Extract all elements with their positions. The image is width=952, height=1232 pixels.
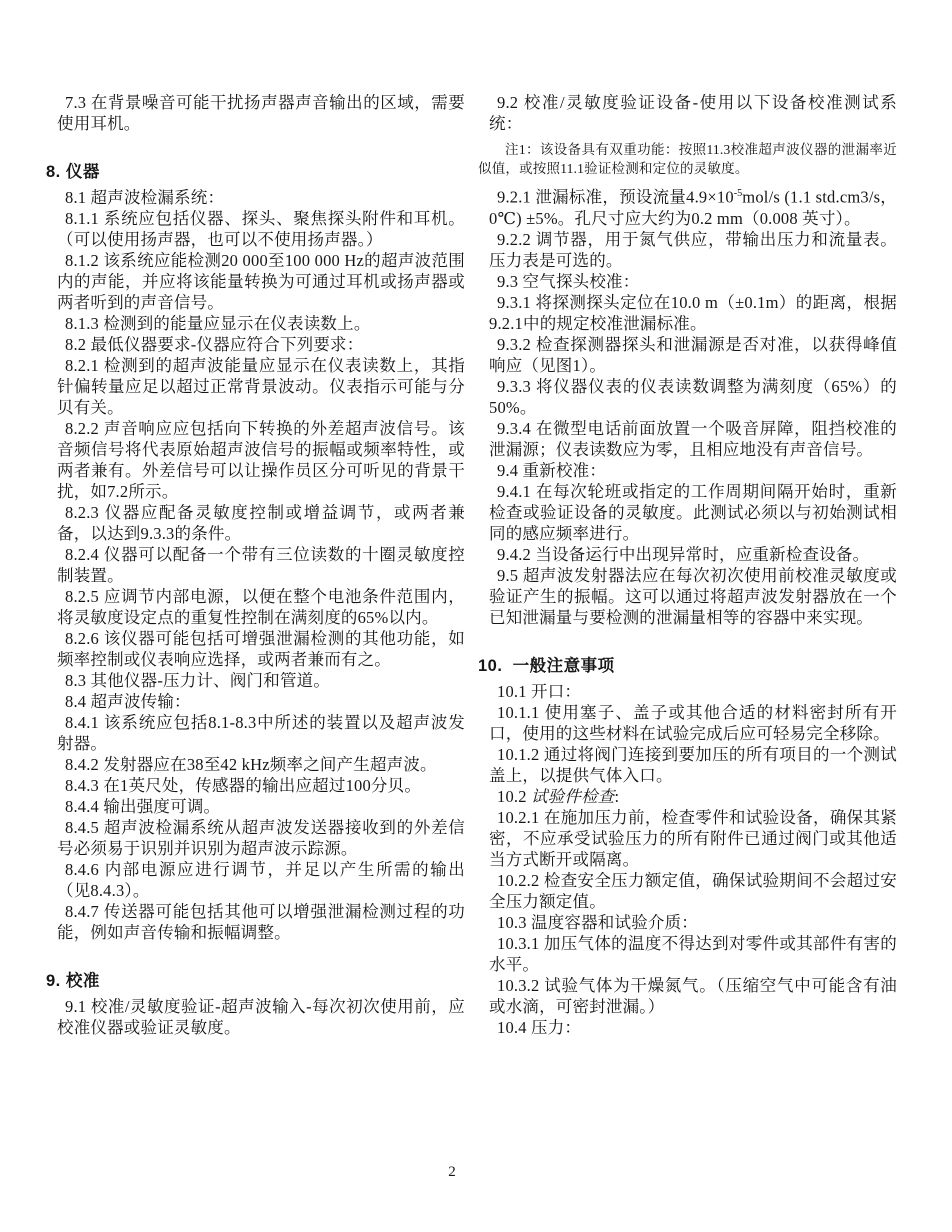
paragraph: 8.2 最低仪器要求-仪器应符合下列要求： [57, 334, 465, 355]
document-page: 7.3 在背景噪音可能干扰扬声器声音输出的区域，需要使用耳机。8. 仪器8.1 … [0, 0, 952, 1232]
paragraph: 9.3 空气探头校准： [489, 271, 897, 292]
paragraph: 8.1.2 该系统应能检测20 000至100 000 Hz的超声波范围内的声能… [57, 250, 465, 313]
paragraph: 10.3.1 加压气体的温度不得达到对零件或其部件有害的水平。 [489, 933, 897, 975]
note-paragraph: 注1：该设备具有双重功能：按照11.3校准超声波仪器的泄漏率近似值，或按照11.… [478, 140, 897, 178]
paragraph: 8.1 超声波检漏系统： [57, 187, 465, 208]
paragraph: 10.1.1 使用塞子、盖子或其他合适的材料密封所有开口，使用的这些材料在试验完… [489, 702, 897, 744]
paragraph: 8.2.5 应调节内部电源，以便在整个电池条件范围内，将灵敏度设定点的重复性控制… [57, 586, 465, 628]
paragraph: 10.1.2 通过将阀门连接到要加压的所有项目的一个测试盖上，以提供气体入口。 [489, 744, 897, 786]
paragraph: 9.2.2 调节器，用于氮气供应，带输出压力和流量表。压力表是可选的。 [489, 229, 897, 271]
paragraph: 9.3.3 将仪器仪表的仪表读数调整为满刻度（65%）的50%。 [489, 376, 897, 418]
paragraph: 8.2.6 该仪器可能包括可增强泄漏检测的其他功能，如频率控制或仪表响应选择，或… [57, 628, 465, 670]
paragraph: 8.4.5 超声波检漏系统从超声波发送器接收到的外差信号必须易于识别并识别为超声… [57, 817, 465, 859]
paragraph: 9.3.2 检查探测器探头和泄漏源是否对准，以获得峰值响应（见图1）。 [489, 334, 897, 376]
text-run: 10.2 [497, 787, 531, 806]
paragraph: 8.3 其他仪器-压力计、阀门和管道。 [57, 670, 465, 691]
paragraph: 9.5 超声波发射器法应在每次初次使用前校准灵敏度或验证产生的振幅。这可以通过将… [489, 565, 897, 628]
paragraph: 8.4.7 传送器可能包括其他可以增强泄漏检测过程的功能，例如声音传输和振幅调整… [57, 901, 465, 943]
paragraph: 8.2.1 检测到的超声波能量应显示在仪表读数上，其指针偏转量应足以超过正常背景… [57, 355, 465, 418]
paragraph: 7.3 在背景噪音可能干扰扬声器声音输出的区域，需要使用耳机。 [57, 92, 465, 134]
paragraph: 9.2.1 泄漏标准，预设流量4.9×10-5mol/s (1.1 std.cm… [489, 183, 897, 229]
two-column-layout: 7.3 在背景噪音可能干扰扬声器声音输出的区域，需要使用耳机。8. 仪器8.1 … [46, 92, 898, 1038]
paragraph: 8.4.3 在1英尺处，传感器的输出应超过100分贝。 [57, 775, 465, 796]
section-heading: 10. 一般注意事项 [478, 652, 897, 676]
paragraph: 8.2.2 声音响应应包括向下转换的外差超声波信号。该音频信号将代表原始超声波信… [57, 418, 465, 502]
paragraph: 9.1 校准/灵敏度验证-超声波输入-每次初次使用前，应校准仪器或验证灵敏度。 [57, 996, 465, 1038]
text-run: 试验件检查 [531, 787, 615, 806]
page-number: 2 [448, 1164, 456, 1180]
paragraph: 9.3.1 将探测探头定位在10.0 m（±0.1m）的距离，根据9.2.1中的… [489, 292, 897, 334]
paragraph: 9.3.4 在微型电话前面放置一个吸音屏障，阻挡校准的泄漏源；仪表读数应为零，且… [489, 418, 897, 460]
paragraph: 8.1.1 系统应包括仪器、探头、聚焦探头附件和耳机。（可以使用扬声器，也可以不… [57, 208, 465, 250]
paragraph: 9.4.2 当设备运行中出现异常时，应重新检查设备。 [489, 544, 897, 565]
paragraph: 8.4 超声波传输： [57, 691, 465, 712]
paragraph: 10.3.2 试验气体为干燥氮气。（压缩空气中可能含有油或水滴，可密封泄漏。） [489, 975, 897, 1017]
paragraph: 10.3 温度容器和试验介质： [489, 912, 897, 933]
paragraph: 8.2.4 仪器可以配备一个带有三位读数的十圈灵敏度控制装置。 [57, 544, 465, 586]
paragraph: 8.4.1 该系统应包括8.1-8.3中所述的装置以及超声波发射器。 [57, 712, 465, 754]
paragraph: 8.1.3 检测到的能量应显示在仪表读数上。 [57, 313, 465, 334]
section-heading: 9. 校准 [46, 967, 465, 991]
paragraph: 10.2.2 检查安全压力额定值，确保试验期间不会超过安全压力额定值。 [489, 870, 897, 912]
paragraph: 9.4.1 在每次轮班或指定的工作周期间隔开始时，重新检查或验证设备的灵敏度。此… [489, 481, 897, 544]
paragraph: 8.4.2 发射器应在38至42 kHz频率之间产生超声波。 [57, 754, 465, 775]
paragraph: 9.4 重新校准： [489, 460, 897, 481]
paragraph: 8.2.3 仪器应配备灵敏度控制或增益调节，或两者兼备，以达到9.3.3的条件。 [57, 502, 465, 544]
paragraph: 10.2 试验件检查: [489, 786, 897, 807]
paragraph: 8.4.4 输出强度可调。 [57, 796, 465, 817]
paragraph: 10.4 压力： [489, 1017, 897, 1038]
paragraph: 10.1 开口： [489, 681, 897, 702]
left-column: 7.3 在背景噪音可能干扰扬声器声音输出的区域，需要使用耳机。8. 仪器8.1 … [46, 92, 465, 1038]
paragraph: 8.4.6 内部电源应进行调节，并足以产生所需的输出（见8.4.3）。 [57, 859, 465, 901]
paragraph: 9.2 校准/灵敏度验证设备-使用以下设备校准测试系统： [489, 92, 897, 134]
right-column: 9.2 校准/灵敏度验证设备-使用以下设备校准测试系统：注1：该设备具有双重功能… [478, 92, 897, 1038]
text-run: : [615, 787, 620, 806]
text-run: 9.2.1 泄漏标准，预设流量4.9×10 [497, 188, 734, 207]
paragraph: 10.2.1 在施加压力前，检查零件和试验设备，确保其紧密，不应承受试验压力的所… [489, 807, 897, 870]
section-heading: 8. 仪器 [46, 158, 465, 182]
page-footer: 2 [0, 1164, 904, 1181]
